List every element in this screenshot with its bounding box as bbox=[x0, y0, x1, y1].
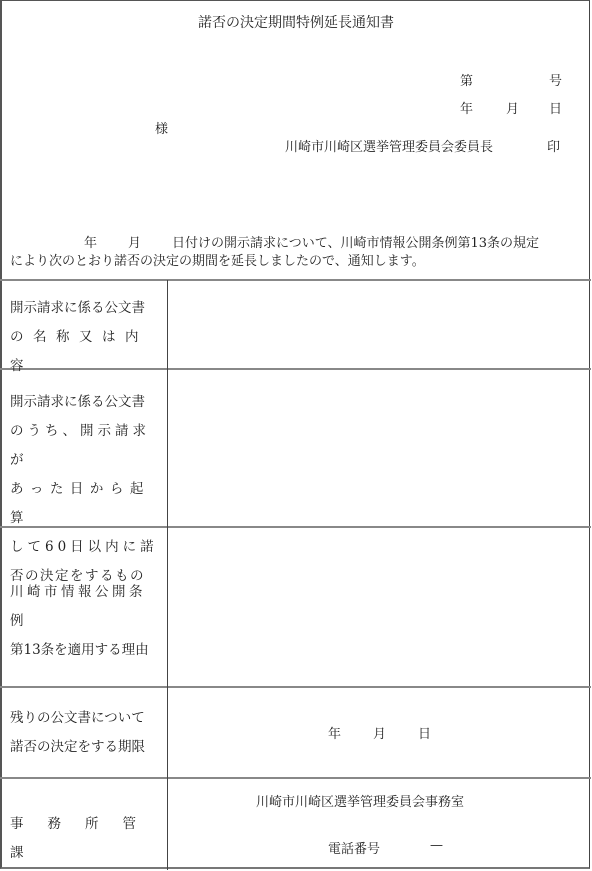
addressee-suffix: 様 bbox=[155, 118, 168, 137]
body-line2: により次のとおり諾否の決定の期間を延長しましたので、通知します。 bbox=[10, 250, 425, 269]
deadline-month: 月 bbox=[373, 723, 386, 742]
row-label-office: 事務所管課 bbox=[10, 810, 162, 868]
date-year: 年 bbox=[460, 98, 473, 117]
divider bbox=[0, 777, 591, 779]
row-label-document-name: 開示請求に係る公文書 の名称又は内容 bbox=[10, 294, 162, 381]
deadline-year: 年 bbox=[328, 723, 341, 742]
phone-dash: — bbox=[430, 838, 443, 853]
date-day: 日 bbox=[549, 98, 562, 117]
body-year: 年 bbox=[84, 232, 97, 251]
number-suffix: 号 bbox=[549, 70, 562, 89]
seal-mark: 印 bbox=[547, 136, 560, 155]
row-label-60-days: 開示請求に係る公文書 のうち、開示請求が あった日から起算 して60日以内に諾 … bbox=[10, 388, 162, 591]
number-prefix: 第 bbox=[460, 70, 473, 89]
column-divider bbox=[167, 280, 168, 870]
phone-label: 電話番号 bbox=[328, 838, 380, 857]
row-label-deadline: 残りの公文書について 諾否の決定をする期限 bbox=[10, 704, 162, 762]
deadline-day: 日 bbox=[418, 723, 431, 742]
body-line1: 日付けの開示請求について、川崎市情報公開条例第13条の規定 bbox=[172, 232, 539, 251]
issuer: 川崎市川崎区選挙管理委員会委員長 bbox=[285, 136, 493, 155]
row-label-reason: 川崎市情報公開条例 第13条を適用する理由 bbox=[10, 578, 162, 665]
date-month: 月 bbox=[506, 98, 519, 117]
body-month: 月 bbox=[128, 232, 141, 251]
divider bbox=[0, 686, 591, 688]
divider bbox=[0, 279, 591, 281]
office-name: 川崎市川崎区選挙管理委員会事務室 bbox=[256, 791, 464, 810]
document-title: 諾否の決定期間特例延長通知書 bbox=[0, 12, 592, 32]
